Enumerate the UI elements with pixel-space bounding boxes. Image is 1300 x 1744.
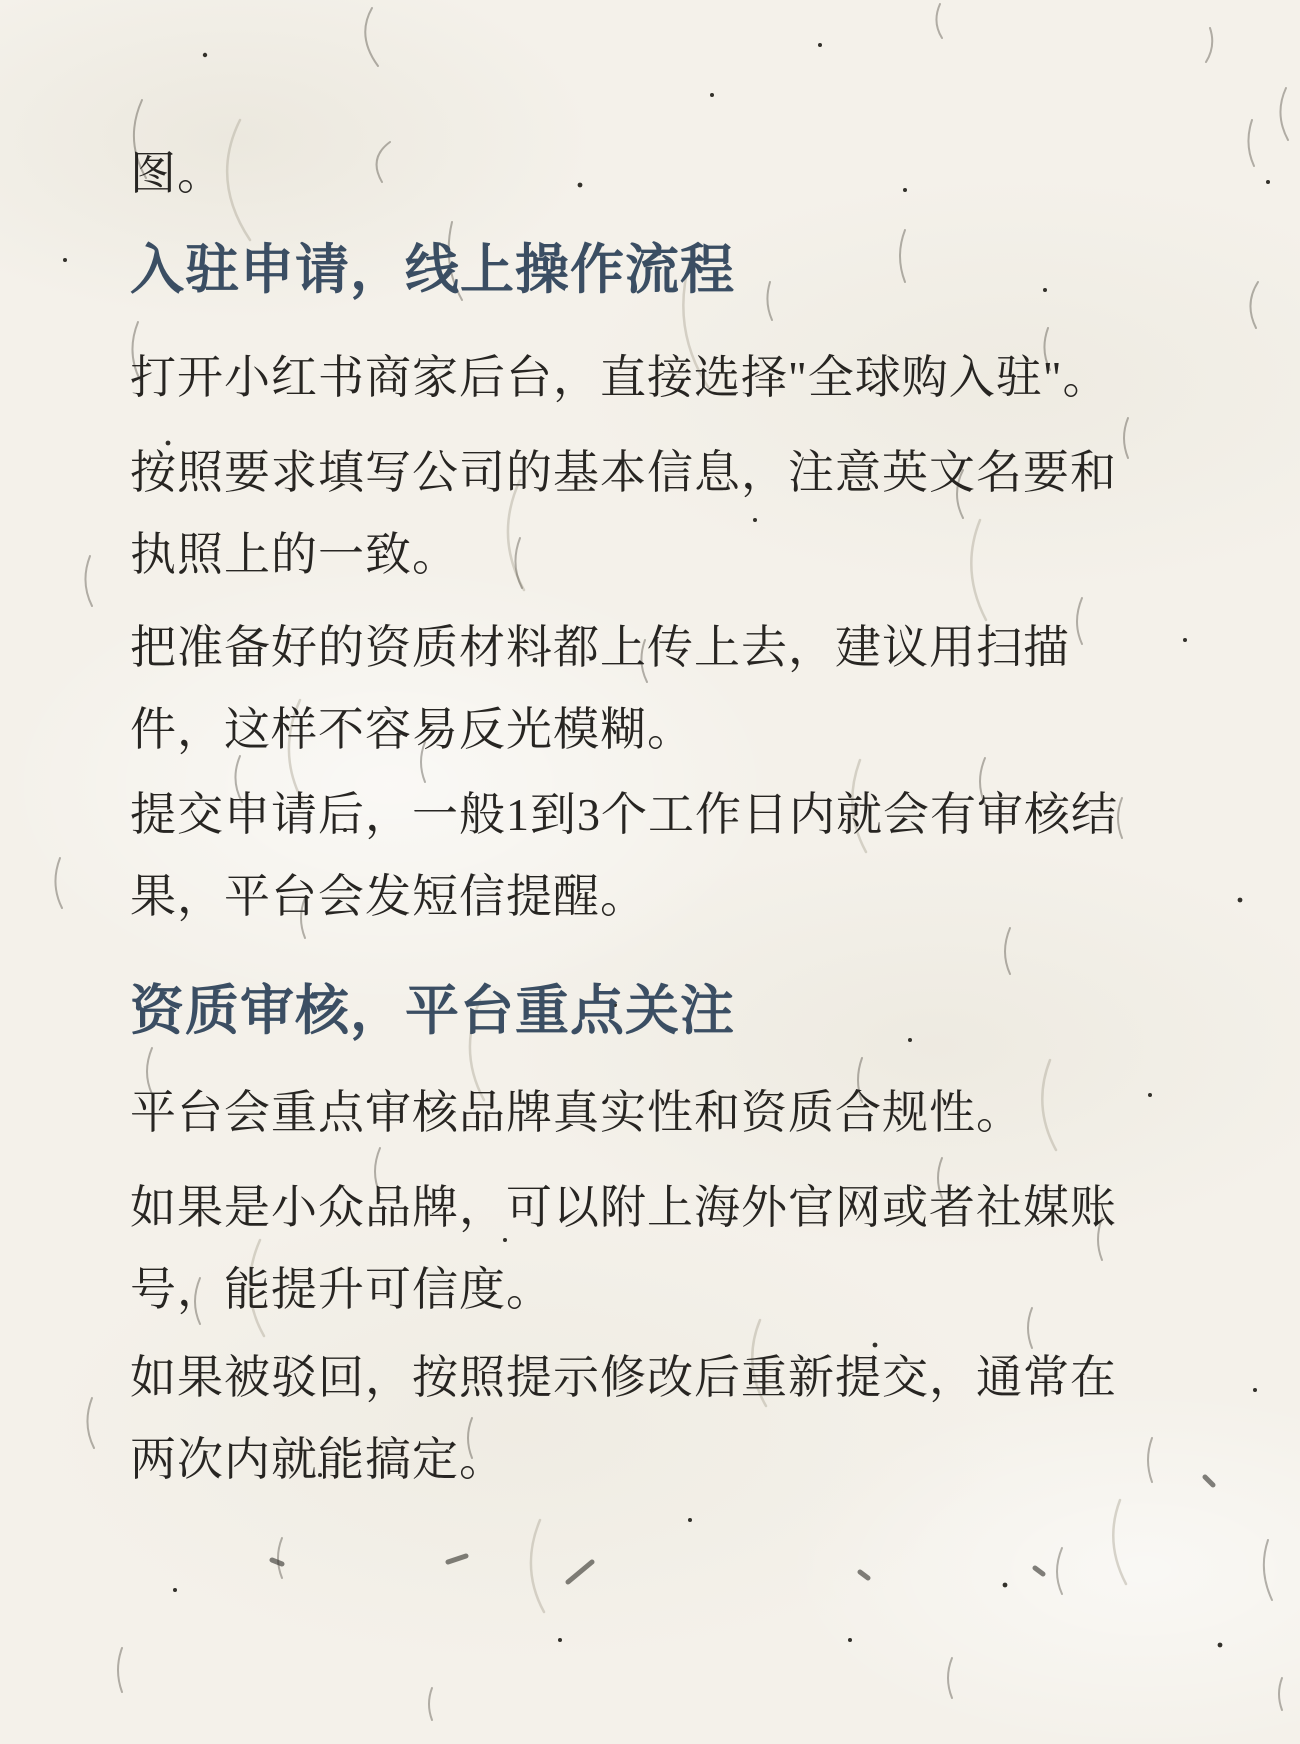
paragraph: 把准备好的资质材料都上传上去，建议用扫描 件，这样不容易反光模糊。 bbox=[130, 607, 1250, 771]
text-line: 执照上的一致。 bbox=[130, 514, 1250, 596]
section-heading-onboarding-process: 入驻申请，线上操作流程 bbox=[130, 231, 735, 309]
paragraph: 如果是小众品牌，可以附上海外官网或者社媒账 号，能提升可信度。 bbox=[130, 1167, 1250, 1331]
text-line: 两次内就能搞定。 bbox=[130, 1419, 1250, 1501]
text-line: 如果是小众品牌，可以附上海外官网或者社媒账 bbox=[130, 1167, 1250, 1249]
paragraph: 打开小红书商家后台，直接选择"全球购入驻"。 bbox=[130, 337, 1250, 419]
text-line: 如果被驳回，按照提示修改后重新提交，通常在 bbox=[130, 1337, 1250, 1419]
text-line: 把准备好的资质材料都上传上去，建议用扫描 bbox=[130, 607, 1250, 689]
text-line: 打开小红书商家后台，直接选择"全球购入驻"。 bbox=[130, 337, 1250, 419]
text-line: 号，能提升可信度。 bbox=[130, 1249, 1250, 1331]
text-line: 平台会重点审核品牌真实性和资质合规性。 bbox=[130, 1072, 1250, 1154]
paragraph: 平台会重点审核品牌真实性和资质合规性。 bbox=[130, 1072, 1250, 1154]
text-line: 果，平台会发短信提醒。 bbox=[130, 856, 1250, 938]
paragraph: 按照要求填写公司的基本信息，注意英文名要和 执照上的一致。 bbox=[130, 432, 1250, 596]
text-line: 提交申请后，一般1到3个工作日内就会有审核结 bbox=[130, 774, 1250, 856]
paragraph-continuation: 图。 bbox=[130, 133, 1250, 215]
document-page: 图。 入驻申请，线上操作流程 打开小红书商家后台，直接选择"全球购入驻"。 按照… bbox=[0, 0, 1300, 1744]
paragraph: 如果被驳回，按照提示修改后重新提交，通常在 两次内就能搞定。 bbox=[130, 1337, 1250, 1501]
paragraph: 提交申请后，一般1到3个工作日内就会有审核结 果，平台会发短信提醒。 bbox=[130, 774, 1250, 938]
text-line: 按照要求填写公司的基本信息，注意英文名要和 bbox=[130, 432, 1250, 514]
text-line: 件，这样不容易反光模糊。 bbox=[130, 689, 1250, 771]
text-line: 图。 bbox=[130, 133, 1250, 215]
section-heading-qualification-review: 资质审核，平台重点关注 bbox=[130, 972, 735, 1050]
